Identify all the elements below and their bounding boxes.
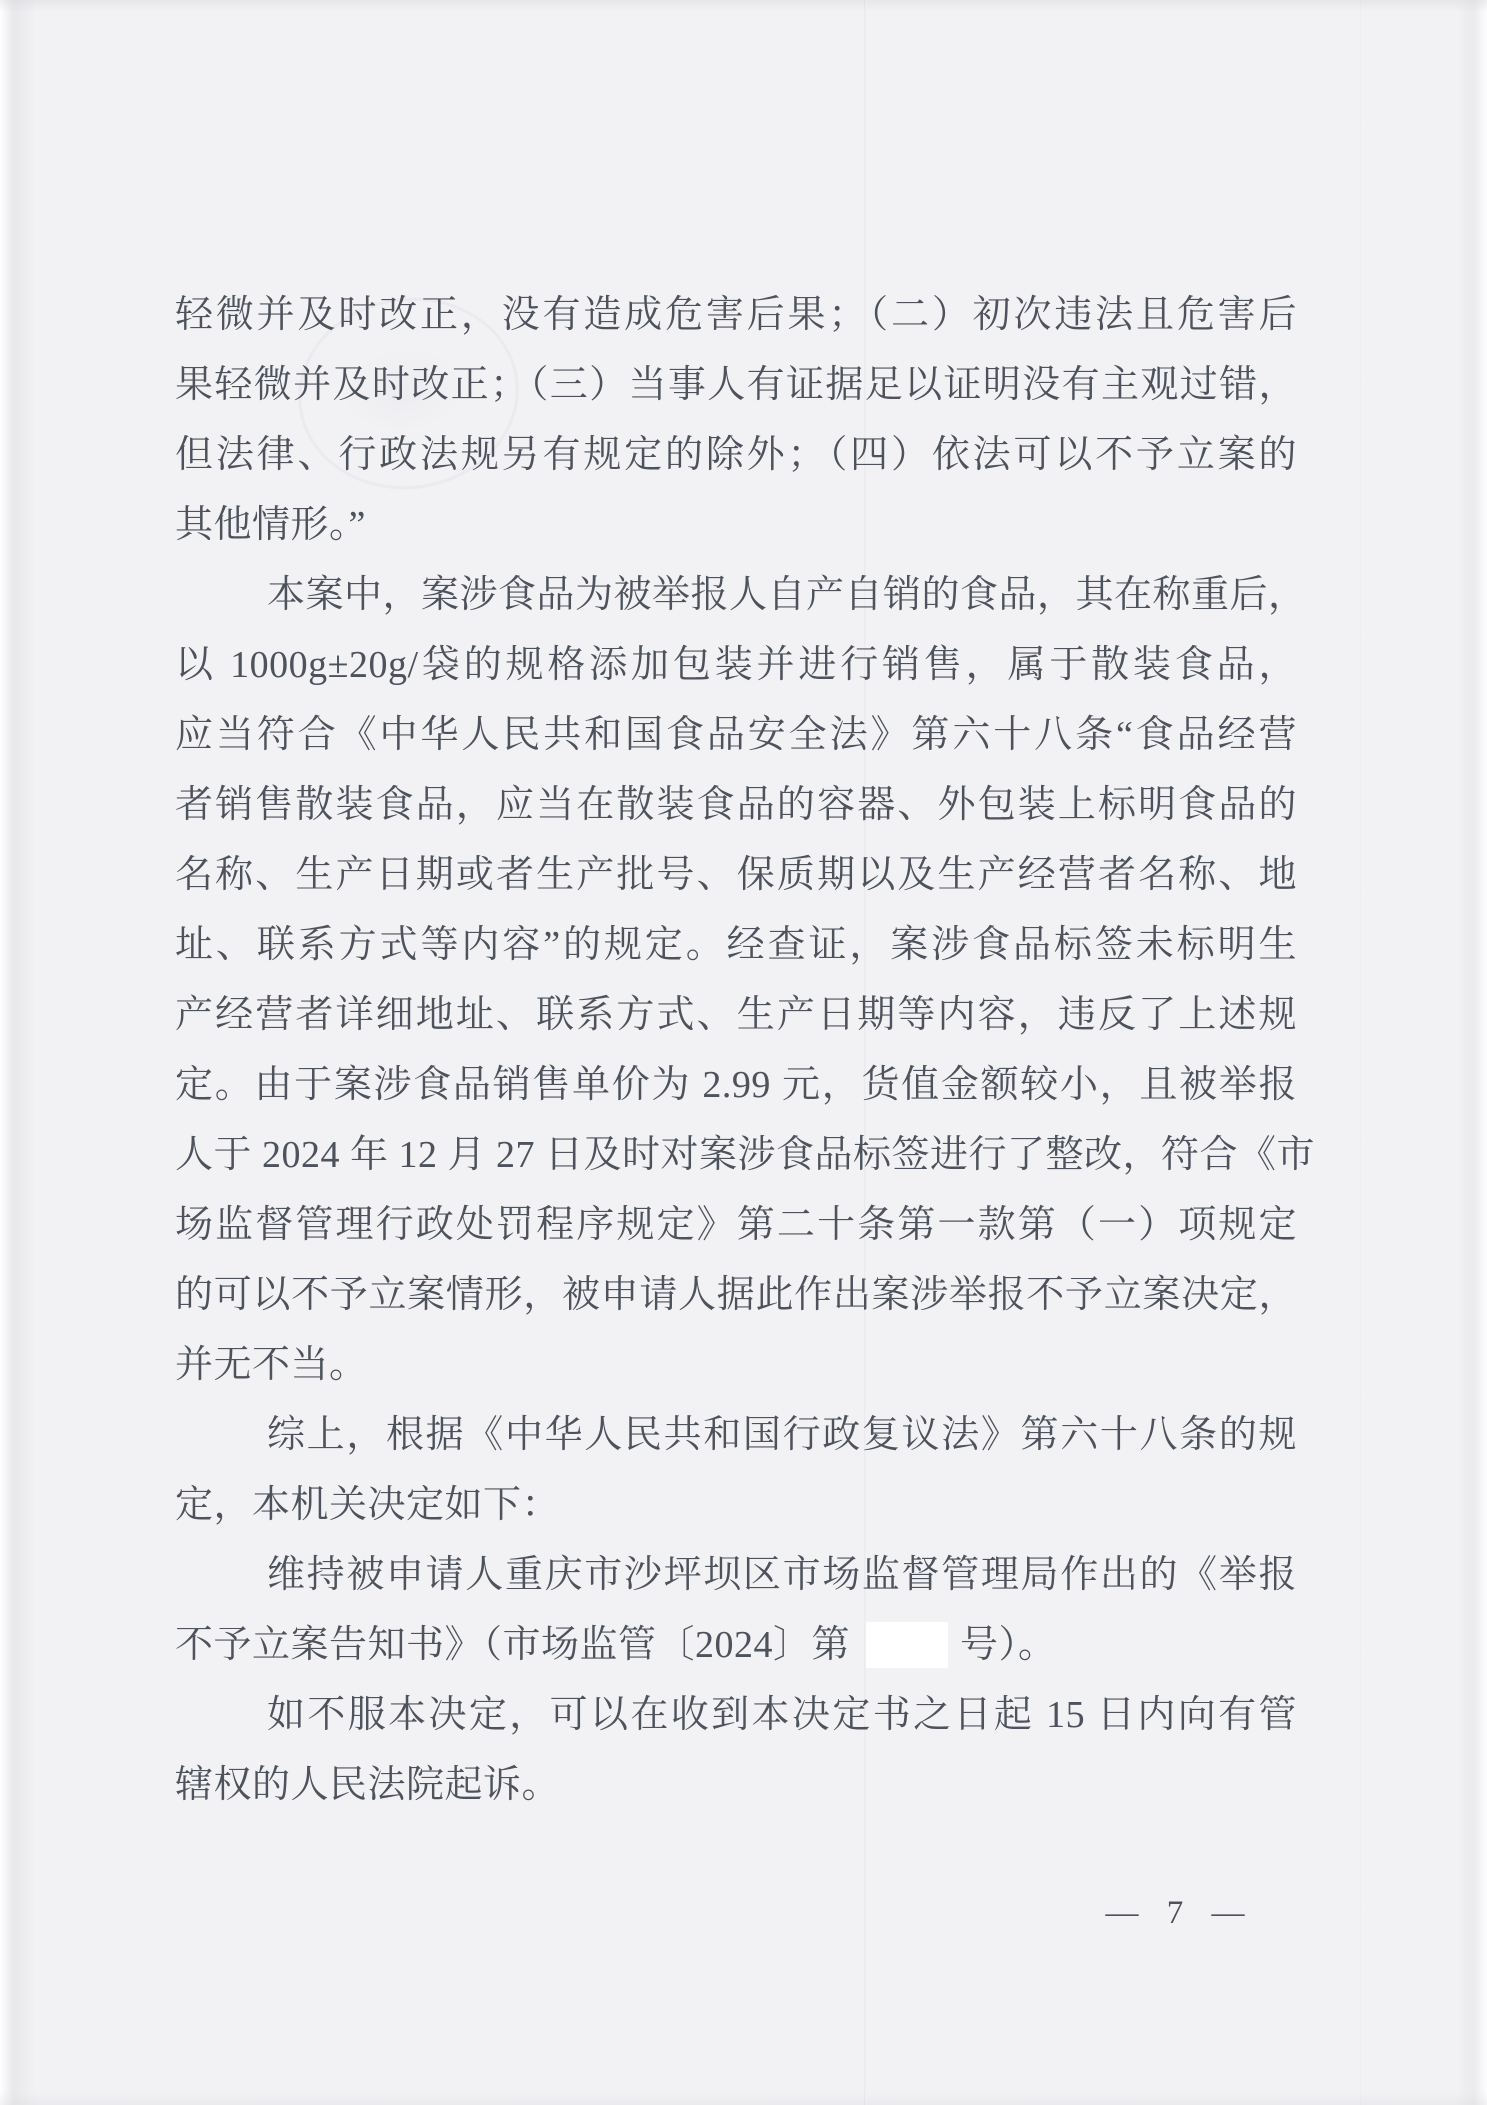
text-line: 并无不当。: [175, 1330, 1297, 1400]
text-line: 其他情形。”: [175, 490, 1297, 560]
text-line: 辖权的人民法院起诉。: [175, 1750, 1297, 1820]
text-line: 不予立案告知书》（市场监管〔2024〕第号）。: [175, 1610, 1297, 1680]
document-page: 轻微并及时改正，没有造成危害后果；（二）初次违法且危害后果轻微并及时改正；（三）…: [0, 0, 1487, 2105]
text-line: 人于 2024 年 12 月 27 日及时对案涉食品标签进行了整改，符合《市: [175, 1120, 1297, 1190]
scan-edge-right: [1457, 0, 1487, 2105]
page-number: — 7 —: [1085, 1890, 1275, 1936]
text-line: 轻微并及时改正，没有造成危害后果；（二）初次违法且危害后: [175, 280, 1297, 350]
text-line: 名称、生产日期或者生产批号、保质期以及生产经营者名称、地: [175, 840, 1297, 910]
text-line: 如不服本决定，可以在收到本决定书之日起 15 日内向有管: [175, 1680, 1297, 1750]
text-line: 的可以不予立案情形，被申请人据此作出案涉举报不予立案决定，: [175, 1260, 1297, 1330]
text-line: 应当符合《中华人民共和国食品安全法》第六十八条“食品经营: [175, 700, 1297, 770]
text-line: 产经营者详细地址、联系方式、生产日期等内容，违反了上述规: [175, 980, 1297, 1050]
text-line: 定，本机关决定如下：: [175, 1470, 1297, 1540]
scan-edge-left: [0, 0, 36, 2105]
text-line: 综上，根据《中华人民共和国行政复议法》第六十八条的规: [175, 1400, 1297, 1470]
text-line: 场监督管理行政处罚程序规定》第二十条第一款第（一）项规定: [175, 1190, 1297, 1260]
text-line: 但法律、行政法规另有规定的除外；（四）依法可以不予立案的: [175, 420, 1297, 490]
text-line: 果轻微并及时改正；（三）当事人有证据足以证明没有主观过错，: [175, 350, 1297, 420]
document-body: 轻微并及时改正，没有造成危害后果；（二）初次违法且危害后果轻微并及时改正；（三）…: [175, 280, 1297, 1820]
redaction-box: [866, 1622, 948, 1668]
scan-fold-line: [1360, 0, 1362, 2105]
text-line: 址、联系方式等内容”的规定。经查证，案涉食品标签未标明生: [175, 910, 1297, 980]
scan-edge-bottom: [0, 2091, 1487, 2105]
text-line: 定。由于案涉食品销售单价为 2.99 元，货值金额较小，且被举报: [175, 1050, 1297, 1120]
scan-edge-top: [0, 0, 1487, 12]
text-segment: 不予立案告知书》（市场监管〔2024〕第: [175, 1624, 850, 1666]
text-line: 维持被申请人重庆市沙坪坝区市场监督管理局作出的《举报: [175, 1540, 1297, 1610]
text-segment: 号）。: [960, 1624, 1057, 1666]
text-line: 者销售散装食品，应当在散装食品的容器、外包装上标明食品的: [175, 770, 1297, 840]
text-line: 以 1000g±20g/袋的规格添加包装并进行销售，属于散装食品，: [175, 630, 1297, 700]
text-line: 本案中，案涉食品为被举报人自产自销的食品，其在称重后，: [175, 560, 1297, 630]
